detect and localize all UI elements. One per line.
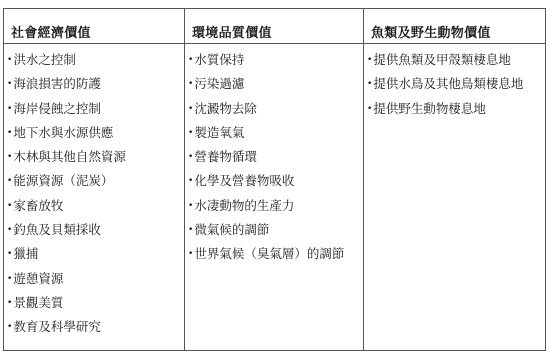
list-item: 水凄動物的生產力 <box>188 196 363 220</box>
list-item: 教育及科學研究 <box>7 317 184 341</box>
list-item: 水質保持 <box>188 50 363 74</box>
list-item: 化學及營養物吸收 <box>188 171 363 195</box>
wetland-values-table: 社會經濟價值 洪水之控制 海浪損害的防護 海岸侵蝕之控制 地下水與水源供應 木林… <box>3 8 546 351</box>
list-item: 海岸侵蝕之控制 <box>7 99 184 123</box>
column-header-label: 社會經濟價值 <box>11 22 91 41</box>
list-item: 微氣候的調節 <box>188 220 363 244</box>
column-header-label: 魚類及野生動物價值 <box>371 22 491 41</box>
list-item: 釣魚及貝類採收 <box>7 220 184 244</box>
column-header-label: 環境品質價值 <box>192 22 272 41</box>
list-item: 遊憩資源 <box>7 269 184 293</box>
list-item: 洪水之控制 <box>7 50 184 74</box>
column-socioeconomic: 社會經濟價值 洪水之控制 海浪損害的防護 海岸侵蝕之控制 地下水與水源供應 木林… <box>4 9 184 350</box>
column-header: 環境品質價值 <box>185 9 363 44</box>
list-item: 污染過濾 <box>188 74 363 98</box>
list-item: 木林與其他自然資源 <box>7 147 184 171</box>
list-item: 能源資源（泥炭） <box>7 171 184 195</box>
list-item: 世界氣候（臭氣層）的調節 <box>188 244 363 268</box>
list-item: 製造氧氣 <box>188 123 363 147</box>
item-list: 提供魚類及甲殼類棲息地 提供水鳥及其他鳥類棲息地 提供野生動物棲息地 <box>364 44 545 123</box>
column-environmental-quality: 環境品質價值 水質保持 污染過濾 沈澱物去除 製造氧氣 營養物循環 化學及營養物… <box>184 9 363 350</box>
item-list: 洪水之控制 海浪損害的防護 海岸侵蝕之控制 地下水與水源供應 木林與其他自然資源… <box>4 44 184 342</box>
list-item: 提供魚類及甲殼類棲息地 <box>367 50 545 74</box>
list-item: 海浪損害的防護 <box>7 74 184 98</box>
list-item: 家畜放牧 <box>7 196 184 220</box>
list-item: 沈澱物去除 <box>188 99 363 123</box>
item-list: 水質保持 污染過濾 沈澱物去除 製造氧氣 營養物循環 化學及營養物吸收 水凄動物… <box>185 44 363 269</box>
list-item: 營養物循環 <box>188 147 363 171</box>
list-item: 景觀美質 <box>7 293 184 317</box>
list-item: 地下水與水源供應 <box>7 123 184 147</box>
column-header: 魚類及野生動物價值 <box>364 9 545 44</box>
list-item: 提供水鳥及其他鳥類棲息地 <box>367 74 545 98</box>
list-item: 獵捕 <box>7 244 184 268</box>
list-item: 提供野生動物棲息地 <box>367 99 545 123</box>
column-header: 社會經濟價值 <box>4 9 184 44</box>
column-fish-wildlife: 魚類及野生動物價值 提供魚類及甲殼類棲息地 提供水鳥及其他鳥類棲息地 提供野生動… <box>363 9 545 350</box>
